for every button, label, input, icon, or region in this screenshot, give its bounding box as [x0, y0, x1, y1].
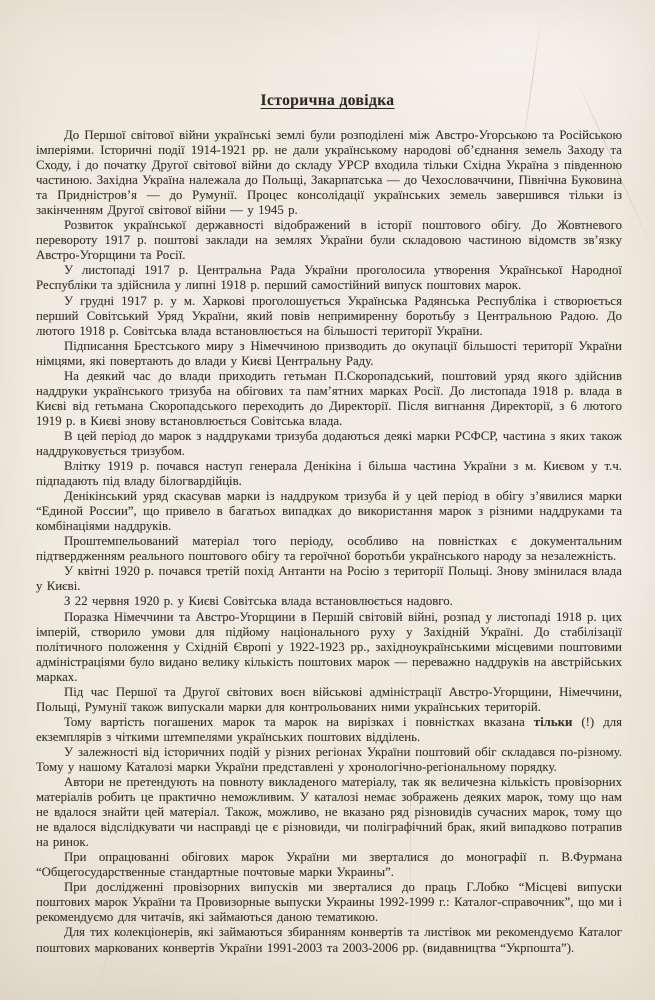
paragraph-17: Автори не претендують на повноту викладе… — [36, 775, 622, 850]
paragraph-13: Поразка Німеччини та Австро-Угорщини в П… — [36, 610, 622, 685]
paragraph-2: Розвиток української державності відобра… — [36, 218, 622, 263]
paragraph-15-pre: Тому вартість погашених марок та марок н… — [64, 715, 534, 729]
paragraph-5: Підписання Брестського миру з Німеччиною… — [36, 339, 622, 369]
paragraph-7: В цей період до марок з наддруками тризу… — [36, 429, 622, 459]
paragraph-3: У листопаді 1917 р. Центральна Рада Укра… — [36, 263, 622, 293]
paragraph-16: У залежності від історичних подій у різн… — [36, 745, 622, 775]
paragraph-10: Проштемпельований матеріал того періоду,… — [36, 534, 622, 564]
paragraph-8: Влітку 1919 р. почався наступ генерала Д… — [36, 459, 622, 489]
paragraph-15: Тому вартість погашених марок та марок н… — [36, 715, 622, 745]
paragraph-6: На деякий час до влади приходить гетьман… — [36, 369, 622, 429]
paragraph-19: При дослідженні провізорних випусків ми … — [36, 880, 622, 925]
document-body: До Першої світової війни українські земл… — [36, 128, 622, 956]
paragraph-15-bold-word: тільки — [534, 715, 573, 729]
paragraph-18: При опрацюванні обігових марок України м… — [36, 850, 622, 880]
page-title: Історична довідка — [0, 92, 655, 110]
paragraph-1: До Першої світової війни українські земл… — [36, 128, 622, 218]
paragraph-20: Для тих колекціонерів, які займаються зб… — [36, 925, 622, 955]
paragraph-9: Денікінський уряд скасував марки із надд… — [36, 489, 622, 534]
paragraph-11: У квітні 1920 р. почався третій похід Ан… — [36, 564, 622, 594]
paragraph-4: У грудні 1917 р. у м. Харкові проголошує… — [36, 294, 622, 339]
paragraph-14: Під час Першої та Другої світових воєн в… — [36, 685, 622, 715]
paragraph-12: З 22 червня 1920 р. у Києві Совітська вл… — [36, 594, 622, 609]
document-page: Історична довідка До Першої світової вій… — [0, 0, 655, 1000]
